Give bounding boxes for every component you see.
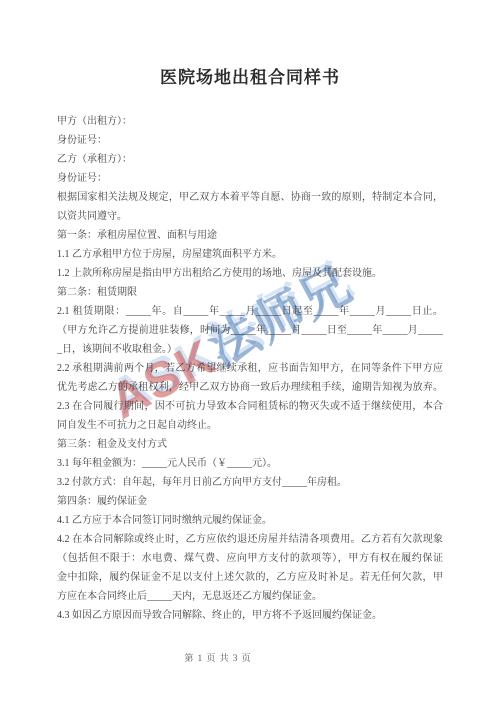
contract-line: 甲方（出租方）：	[57, 112, 443, 131]
contract-line: 同自发生不可抗力之日起自动终止。	[57, 416, 443, 435]
contract-line: _日，该期间不收取租金。）	[57, 340, 443, 359]
contract-line: 4.1 乙方应于本合同签订同时缴纳元履约保证金。	[57, 511, 443, 530]
contract-line: 身份证号：	[57, 131, 443, 150]
contract-line: 2.1 租赁期限：_____年。自_____年_____月_____日起至___…	[57, 302, 443, 321]
contract-line: 4.3 如因乙方原因而导致合同解除、终止的，甲方将不予返回履约保证金。	[57, 606, 443, 625]
contract-line: （甲方允许乙方提前进驻装修，时间为_____年_____月_____日至____…	[57, 321, 443, 340]
contract-line: 第二条：租赁期限	[57, 283, 443, 302]
contract-line: 金中扣除，履约保证金不足以支付上述欠款的，乙方应及时补足。若无任何欠款，甲	[57, 568, 443, 587]
contract-line: 以资共同遵守。	[57, 207, 443, 226]
contract-line: 根据国家相关法规及规定，甲乙双方本着平等自愿、协商一致的原则，特制定本合同，	[57, 188, 443, 207]
contract-line: 乙方（承租方）：	[57, 150, 443, 169]
contract-line: 3.2 付款方式：自年起，每年月日前乙方向甲方支付_____年房租。	[57, 473, 443, 492]
contract-line: 2.3 在合同履行期间，因不可抗力导致本合同租赁标的物灭失或不适于继续使用，本合	[57, 397, 443, 416]
contract-line: 2.2 承租期满前两个月，若乙方希望继续承租，应书面告知甲方，在同等条件下甲方应	[57, 359, 443, 378]
page-title: 医院场地出租合同样书	[0, 63, 500, 88]
contract-line: （包括但不限于：水电费、煤气费、应向甲方支付的款项等），甲方有权在履约保证	[57, 549, 443, 568]
contract-line: 3.1 每年租金额为：_____元人民币（￥_____元）。	[57, 454, 443, 473]
contract-page: 医院场地出租合同样书 ASK法师兄 甲方（出租方）：身份证号：乙方（承租方）：身…	[0, 0, 500, 706]
document-body: 甲方（出租方）：身份证号：乙方（承租方）：身份证号：根据国家相关法规及规定，甲乙…	[57, 112, 443, 625]
page-footer: 第 1 页 共 3 页	[0, 651, 436, 664]
contract-line: 4.2 在本合同解除或终止时，乙方应依约退还房屋并结清各项费用。乙方若有欠款现象	[57, 530, 443, 549]
contract-line: 优先考虑乙方的承租权利，经甲乙双方协商一致后办理续租手续，逾期告知视为放弃。	[57, 378, 443, 397]
contract-line: 1.2 上款所称房屋是指由甲方出租给乙方使用的场地、房屋及其配套设施。	[57, 264, 443, 283]
contract-line: 1.1 乙方承租甲方位于房屋，房屋建筑面积平方米。	[57, 245, 443, 264]
contract-line: 方应在本合同终止后_____天内，无息返还乙方履约保证金。	[57, 587, 443, 606]
contract-line: 第四条：履约保证金	[57, 492, 443, 511]
contract-line: 第一条：承租房屋位置、面积与用途	[57, 226, 443, 245]
contract-line: 第三条：租金及支付方式	[57, 435, 443, 454]
contract-line: 身份证号：	[57, 169, 443, 188]
